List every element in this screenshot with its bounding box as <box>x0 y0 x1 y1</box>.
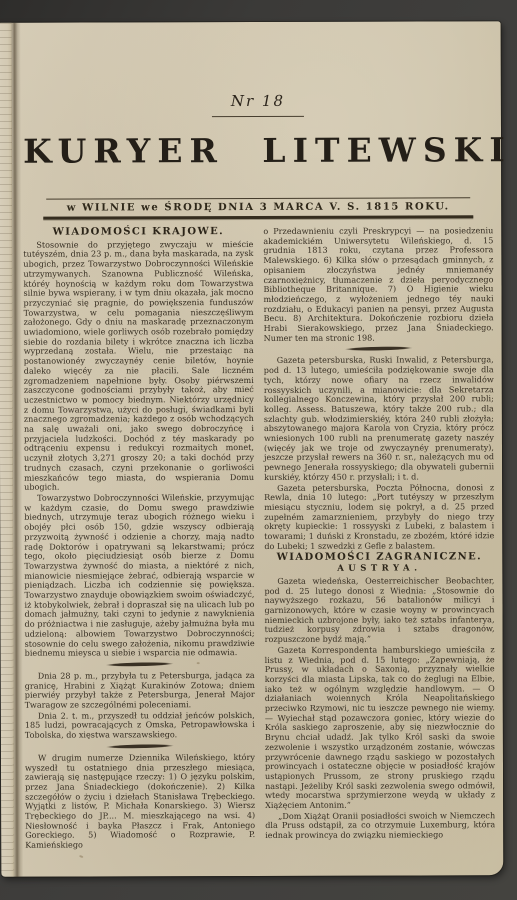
article-jency: Dnia 2. t. m., przyszedł tu oddział jeńc… <box>25 711 255 741</box>
dateline-band: w WILNIE we ŚRODĘ DNIA 3 MARCA V. S. 181… <box>23 197 493 219</box>
article-oranii: „Dom Xiążąt Oranii posiadłości swoich w … <box>265 811 495 841</box>
article-beobachter: Gazeta wiedeńska, Oesterreichischer Beob… <box>264 576 494 645</box>
article-ruski-inwalid: Gazeta petersburska, Ruski Inwalid, z Pe… <box>264 356 494 483</box>
left-column: WIADOMOŚCI KRAJOWE. Stosownie do przyjęt… <box>23 227 255 852</box>
right-column: o Przedawnieniu czyli Preskrypcyi — na p… <box>263 226 495 851</box>
subsection-heading-austrya: AUSTRYA. <box>264 564 494 574</box>
article-korrespondent-hamburski: Gazeta Korrespondenta hamburskiego umieś… <box>265 645 496 811</box>
page-content: Nr 18 KURYER LITEWSKI w WILNIE we ŚRODĘ … <box>23 21 496 876</box>
dateline-rule-bottom <box>43 215 473 219</box>
article-maskarada: Stosownie do przyjętego zwyczaju w mieśc… <box>23 240 254 493</box>
article-dziennik-wilenski: W drugim numerze Dziennika Wileńskiego, … <box>25 753 255 851</box>
section-heading-foreign: WIADOMOŚCI ZAGRANICZNE. <box>264 552 494 562</box>
scan-backdrop: Nr 18 KURYER LITEWSKI w WILNIE we ŚRODĘ … <box>0 0 517 900</box>
ornament-divider <box>106 744 174 749</box>
issue-rule <box>212 116 304 117</box>
newspaper-page: Nr 18 KURYER LITEWSKI w WILNIE we ŚRODĘ … <box>0 21 503 877</box>
article-towarzystwo: Towarzystwo Dobroczynności Wileńskie, pr… <box>24 493 255 659</box>
section-heading-domestic: WIADOMOŚCI KRAJOWE. <box>23 227 253 237</box>
article-petersburg-arrival: Dnia 28 p. m., przybyła tu z Petersburga… <box>25 671 255 711</box>
article-preskrypcya-continuation: o Przedawnieniu czyli Preskrypcyi — na p… <box>263 226 493 343</box>
ornament-divider <box>106 662 174 667</box>
page-title: KURYER LITEWSKI <box>23 130 493 170</box>
dateline: w WILNIE we ŚRODĘ DNIA 3 MARCA V. S. 181… <box>23 198 493 216</box>
ornament-divider <box>345 346 413 351</box>
binding-fold-shadow <box>11 23 24 877</box>
issue-number: Nr 18 <box>23 91 493 110</box>
text-columns: WIADOMOŚCI KRAJOWE. Stosownie do przyjęt… <box>23 226 495 851</box>
article-poczta-polnocna: Gazeta petersburska, Poczta Północna, do… <box>264 483 494 552</box>
